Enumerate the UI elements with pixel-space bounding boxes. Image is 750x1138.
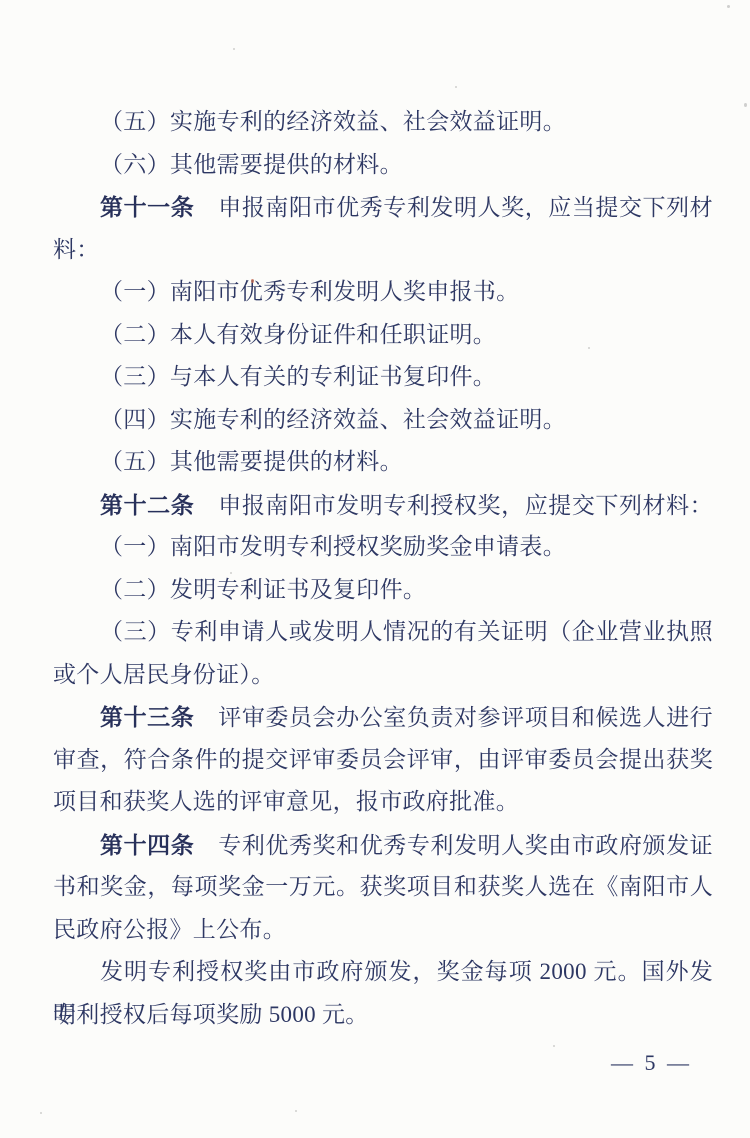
scan-speck xyxy=(455,86,457,88)
text-line: （三）与本人有关的专利证书复印件。 xyxy=(53,356,713,399)
line-text: 评审委员会办公室负责对参评项目和候选人进行 xyxy=(218,705,713,730)
line-text: （五）实施专利的经济效益、社会效益证明。 xyxy=(100,109,566,134)
page-number: — 5 — xyxy=(611,1050,692,1076)
scan-speck xyxy=(230,572,232,574)
line-text: 申报南阳市发明专利授权奖，应提交下列材料： xyxy=(218,493,713,518)
line-text: （三）专利申请人或发明人情况的有关证明（企业营业执照 xyxy=(100,619,713,644)
line-text: 申报南阳市优秀专利发明人奖，应当提交下列材 xyxy=(218,195,713,220)
line-text: 审查，符合条件的提交评审委员会评审，由评审委员会提出获奖 xyxy=(53,747,713,772)
text-line: 料： xyxy=(53,229,713,272)
scan-speck xyxy=(727,5,730,8)
line-text: 书和奖金，每项奖金一万元。获奖项目和获奖人选在《南阳市人 xyxy=(53,874,713,899)
article-number: 第十二条 xyxy=(100,492,194,518)
text-line: 书和奖金，每项奖金一万元。获奖项目和获奖人选在《南阳市人 xyxy=(53,866,713,909)
text-line: 民政府公报》上公布。 xyxy=(53,909,713,952)
line-text: （一）南阳市发明专利授权奖励奖金申请表。 xyxy=(100,534,566,559)
text-line: （一）南阳市发明专利授权奖励奖金申请表。 xyxy=(53,526,713,569)
text-line: 专利授权后每项奖励 5000 元。 xyxy=(53,994,713,1037)
text-line: （五）实施专利的经济效益、社会效益证明。 xyxy=(53,101,713,144)
text-line: 审查，符合条件的提交评审委员会评审，由评审委员会提出获奖 xyxy=(53,739,713,782)
line-text: （五）其他需要提供的材料。 xyxy=(100,449,403,474)
line-text: 专利授权后每项奖励 5000 元。 xyxy=(53,1002,369,1027)
text-line: （一）南阳市优秀专利发明人奖申报书。 xyxy=(53,271,713,314)
article-heading-line: 第十二条申报南阳市发明专利授权奖，应提交下列材料： xyxy=(53,484,713,527)
line-text: 项目和获奖人选的评审意见，报市政府批准。 xyxy=(53,789,519,814)
article-number: 第十一条 xyxy=(100,194,194,220)
text-line: （二）发明专利证书及复印件。 xyxy=(53,569,713,612)
text-line: （六）其他需要提供的材料。 xyxy=(53,144,713,187)
scan-speck xyxy=(251,279,254,283)
document-body: （五）实施专利的经济效益、社会效益证明。 （六）其他需要提供的材料。 第十一条申… xyxy=(53,101,713,1036)
line-text: 专利优秀奖和优秀专利发明人奖由市政府颁发证 xyxy=(218,833,713,858)
text-line: 发明专利授权奖由市政府颁发，奖金每项 2000 元。国外发明 xyxy=(53,951,713,994)
line-text: （一）南阳市优秀专利发明人奖申报书。 xyxy=(100,279,519,304)
line-text: （三）与本人有关的专利证书复印件。 xyxy=(100,364,496,389)
article-heading-line: 第十一条申报南阳市优秀专利发明人奖，应当提交下列材 xyxy=(53,186,713,229)
article-number: 第十四条 xyxy=(100,832,194,858)
line-text: 民政府公报》上公布。 xyxy=(53,917,286,942)
article-heading-line: 第十四条专利优秀奖和优秀专利发明人奖由市政府颁发证 xyxy=(53,824,713,867)
line-text: （四）实施专利的经济效益、社会效益证明。 xyxy=(100,407,566,432)
scan-speck xyxy=(40,1112,42,1114)
article-heading-line: 第十三条评审委员会办公室负责对参评项目和候选人进行 xyxy=(53,696,713,739)
scan-speck xyxy=(744,103,747,107)
line-text: （二）本人有效身份证件和任职证明。 xyxy=(100,322,496,347)
text-line: （二）本人有效身份证件和任职证明。 xyxy=(53,314,713,357)
text-line: 项目和获奖人选的评审意见，报市政府批准。 xyxy=(53,781,713,824)
scan-speck xyxy=(233,48,235,50)
text-line: 或个人居民身份证）。 xyxy=(53,654,713,697)
line-text: （六）其他需要提供的材料。 xyxy=(100,152,403,177)
article-number: 第十三条 xyxy=(100,704,194,730)
scan-speck xyxy=(295,1110,297,1112)
text-line: （五）其他需要提供的材料。 xyxy=(53,441,713,484)
text-line: （四）实施专利的经济效益、社会效益证明。 xyxy=(53,399,713,442)
line-text: （二）发明专利证书及复印件。 xyxy=(100,577,426,602)
line-text: 料： xyxy=(53,237,100,262)
document-page: （五）实施专利的经济效益、社会效益证明。 （六）其他需要提供的材料。 第十一条申… xyxy=(0,0,750,1138)
line-text: 或个人居民身份证）。 xyxy=(53,662,275,687)
scan-speck xyxy=(553,1045,555,1047)
scan-speck xyxy=(588,347,590,349)
text-line: （三）专利申请人或发明人情况的有关证明（企业营业执照 xyxy=(53,611,713,654)
